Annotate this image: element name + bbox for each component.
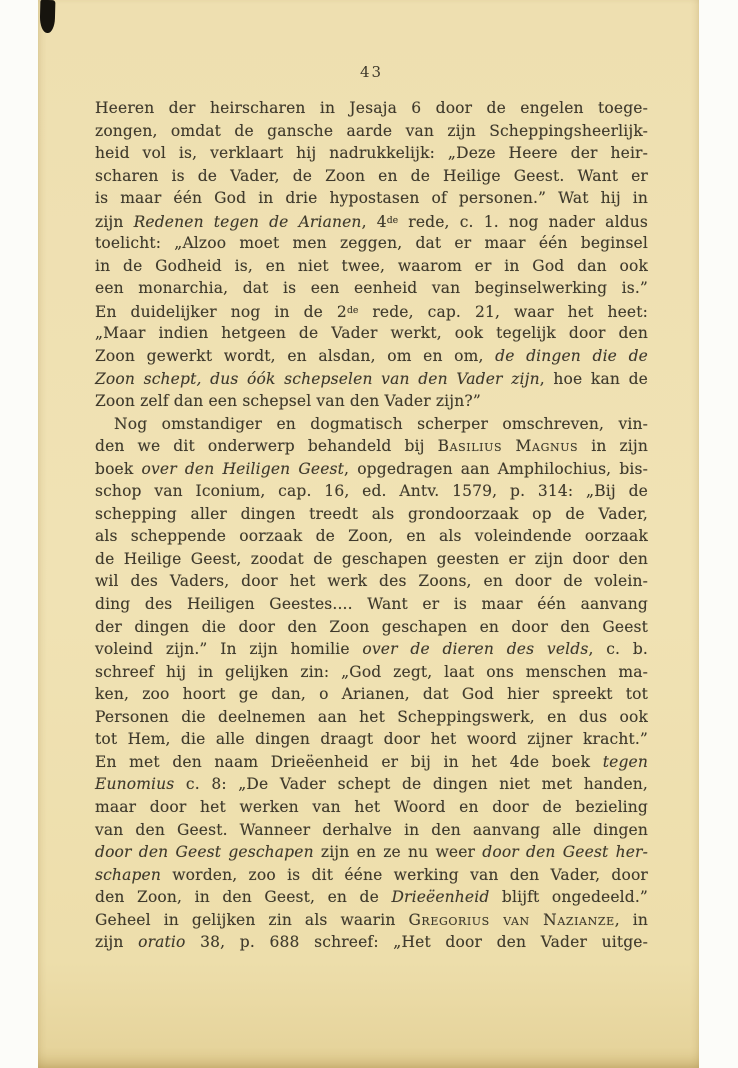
plain-text: ding des Heiligen Geestes.... Want er is… <box>95 595 648 613</box>
text-line: tot Hem, die alle dingen draagt door het… <box>95 728 648 751</box>
plain-text: rede, c. 1. nog nader aldus <box>398 213 648 231</box>
italic-text: Drieëenheid <box>391 888 489 906</box>
text-line: schapen worden, zoo is dit ééne werking … <box>95 864 648 887</box>
text-line: der dingen die door den Zoon geschapen e… <box>95 616 648 639</box>
text-line: een monarchia, dat is een eenheid van be… <box>95 277 648 300</box>
italic-text: over de dieren des velds <box>362 640 588 658</box>
small-caps-name: Basilius Magnus <box>438 437 579 455</box>
plain-text: Nog omstandiger en dogmatisch scherper o… <box>114 415 648 433</box>
text-line: Zoon gewerkt wordt, en alsdan, om en om,… <box>95 345 648 368</box>
plain-text: den we dit onderwerp behandeld bij <box>95 437 438 455</box>
text-line: Zoon zelf dan een schepsel van den Vader… <box>95 390 648 413</box>
plain-text: schepping aller dingen treedt als grondo… <box>95 505 648 523</box>
plain-text: „Maar indien hetgeen de Vader werkt, ook… <box>95 324 648 342</box>
text-line: Nog omstandiger en dogmatisch scherper o… <box>95 413 648 436</box>
text-line: ken, zoo hoort ge dan, o Arianen, dat Go… <box>95 683 648 706</box>
plain-text: heid vol is, verklaart hij nadrukkelijk:… <box>95 144 648 162</box>
text-line: schreef hij in gelijken zin: „God zegt, … <box>95 661 648 684</box>
text-line: scharen is de Vader, de Zoon en de Heili… <box>95 165 648 188</box>
text-line: Eunomius c. 8: „De Vader schept de dinge… <box>95 773 648 796</box>
plain-text: van den Geest. Wanneer derhalve in den a… <box>95 821 648 839</box>
text-line: de Heilige Geest, zoodat de geschapen ge… <box>95 548 648 571</box>
plain-text: c. 8: „De Vader schept de dingen niet me… <box>174 775 648 793</box>
text-line: zijn oratio 38, p. 688 schreef: „Het doo… <box>95 931 648 954</box>
text-line: zongen, omdat de gansche aarde van zijn … <box>95 120 648 143</box>
plain-text: is maar één God in drie hypostasen of pe… <box>95 189 648 207</box>
italic-text: Eunomius <box>95 775 174 793</box>
plain-text: scharen is de Vader, de Zoon en de Heili… <box>95 167 648 185</box>
plain-text: rede, cap. 21, waar het heet: <box>358 303 648 321</box>
page-number: 43 <box>95 63 648 81</box>
text-line: ding des Heiligen Geestes.... Want er is… <box>95 593 648 616</box>
plain-text: blijft ongedeeld.” <box>489 888 648 906</box>
plain-text: zijn <box>95 213 134 231</box>
plain-text: schreef hij in gelijken zin: „God zegt, … <box>95 663 648 681</box>
text-line: En duidelijker nog in de 2de rede, cap. … <box>95 300 648 323</box>
italic-text: over den Heiligen Geest <box>142 460 345 478</box>
plain-text: , 4 <box>362 213 387 231</box>
text-line: zijn Redenen tegen de Arianen, 4de rede,… <box>95 210 648 233</box>
text-line: door den Geest geschapen zijn en ze nu w… <box>95 841 648 864</box>
text-line: den Zoon, in den Geest, en de Drieëenhei… <box>95 886 648 909</box>
italic-text: Zoon schept, dus óók schepselen van den … <box>95 370 540 388</box>
plain-text: , c. b. <box>588 640 648 658</box>
body-text-block: Heeren der heirscharen in Jesaja 6 door … <box>95 97 648 954</box>
plain-text: maar door het werken van het Woord en do… <box>95 798 648 816</box>
text-line: schop van Iconium, cap. 16, ed. Antv. 15… <box>95 480 648 503</box>
ink-smudge-mark <box>40 0 56 33</box>
superscript-text: de <box>387 215 398 226</box>
plain-text: boek <box>95 460 142 478</box>
plain-text: , opgedragen aan Amphilochius, bis- <box>344 460 648 478</box>
text-line: Heeren der heirscharen in Jesaja 6 door … <box>95 97 648 120</box>
text-line: van den Geest. Wanneer derhalve in den a… <box>95 819 648 842</box>
text-line: boek over den Heiligen Geest, opgedragen… <box>95 458 648 481</box>
plain-text: als scheppende oorzaak de Zoon, en als v… <box>95 527 648 545</box>
italic-text: door den Geest her- <box>482 843 648 861</box>
plain-text: ken, zoo hoort ge dan, o Arianen, dat Go… <box>95 685 648 703</box>
plain-text: toelicht: „Alzoo moet men zeggen, dat er… <box>95 234 648 252</box>
text-line: in de Godheid is, en niet twee, waarom e… <box>95 255 648 278</box>
plain-text: der dingen die door den Zoon geschapen e… <box>95 618 648 636</box>
text-line: Geheel in gelijken zin als waarin Gregor… <box>95 909 648 932</box>
plain-text: zongen, omdat de gansche aarde van zijn … <box>95 122 648 140</box>
superscript-text: de <box>347 305 358 316</box>
text-line: is maar één God in drie hypostasen of pe… <box>95 187 648 210</box>
plain-text: Zoon gewerkt wordt, en alsdan, om en om, <box>95 347 495 365</box>
plain-text: , in <box>615 911 648 929</box>
plain-text: in de Godheid is, en niet twee, waarom e… <box>95 257 648 275</box>
plain-text: een monarchia, dat is een eenheid van be… <box>95 279 648 297</box>
plain-text: Heeren der heirscharen in Jesaja 6 door … <box>95 99 648 117</box>
italic-text: de dingen die de <box>495 347 648 365</box>
plain-text: wil des Vaders, door het werk des Zoons,… <box>95 572 648 590</box>
text-line: „Maar indien hetgeen de Vader werkt, ook… <box>95 322 648 345</box>
book-page-paper: 43 Heeren der heirscharen in Jesaja 6 do… <box>38 0 699 1068</box>
plain-text: 38, p. 688 schreef: „Het door den Vader … <box>186 933 648 951</box>
plain-text: Personen die deelnemen aan het Schepping… <box>95 708 648 726</box>
text-line: als scheppende oorzaak de Zoon, en als v… <box>95 525 648 548</box>
italic-text: door den Geest geschapen <box>95 843 314 861</box>
text-line: voleind zijn.” In zijn homilie over de d… <box>95 638 648 661</box>
text-line: Personen die deelnemen aan het Schepping… <box>95 706 648 729</box>
plain-text: En met den naam Drieëenheid er bij in he… <box>95 753 603 771</box>
italic-text: tegen <box>603 753 648 771</box>
plain-text: schop van Iconium, cap. 16, ed. Antv. 15… <box>95 482 648 500</box>
plain-text: den Zoon, in den Geest, en de <box>95 888 391 906</box>
plain-text: de Heilige Geest, zoodat de geschapen ge… <box>95 550 648 568</box>
plain-text: zijn en ze nu weer <box>314 843 483 861</box>
plain-text: En duidelijker nog in de 2 <box>95 303 347 321</box>
text-line: toelicht: „Alzoo moet men zeggen, dat er… <box>95 232 648 255</box>
plain-text: worden, zoo is dit ééne werking van den … <box>161 866 648 884</box>
italic-text: schapen <box>95 866 161 884</box>
plain-text: Zoon zelf dan een schepsel van den Vader… <box>95 392 481 410</box>
text-line: den we dit onderwerp behandeld bij Basil… <box>95 435 648 458</box>
text-line: heid vol is, verklaart hij nadrukkelijk:… <box>95 142 648 165</box>
text-line: schepping aller dingen treedt als grondo… <box>95 503 648 526</box>
text-line: Zoon schept, dus óók schepselen van den … <box>95 368 648 391</box>
plain-text: zijn <box>95 933 138 951</box>
italic-text: oratio <box>138 933 185 951</box>
plain-text: voleind zijn.” In zijn homilie <box>95 640 362 658</box>
text-line: En met den naam Drieëenheid er bij in he… <box>95 751 648 774</box>
italic-text: Redenen tegen de Arianen <box>134 213 362 231</box>
plain-text: Geheel in gelijken zin als waarin <box>95 911 408 929</box>
small-caps-name: Gregorius van Nazianze <box>408 911 614 929</box>
plain-text: , hoe kan de <box>540 370 648 388</box>
scanned-book-page: 43 Heeren der heirscharen in Jesaja 6 do… <box>0 0 738 1068</box>
plain-text: in zijn <box>578 437 648 455</box>
text-line: wil des Vaders, door het werk des Zoons,… <box>95 570 648 593</box>
text-line: maar door het werken van het Woord en do… <box>95 796 648 819</box>
plain-text: tot Hem, die alle dingen draagt door het… <box>95 730 648 748</box>
